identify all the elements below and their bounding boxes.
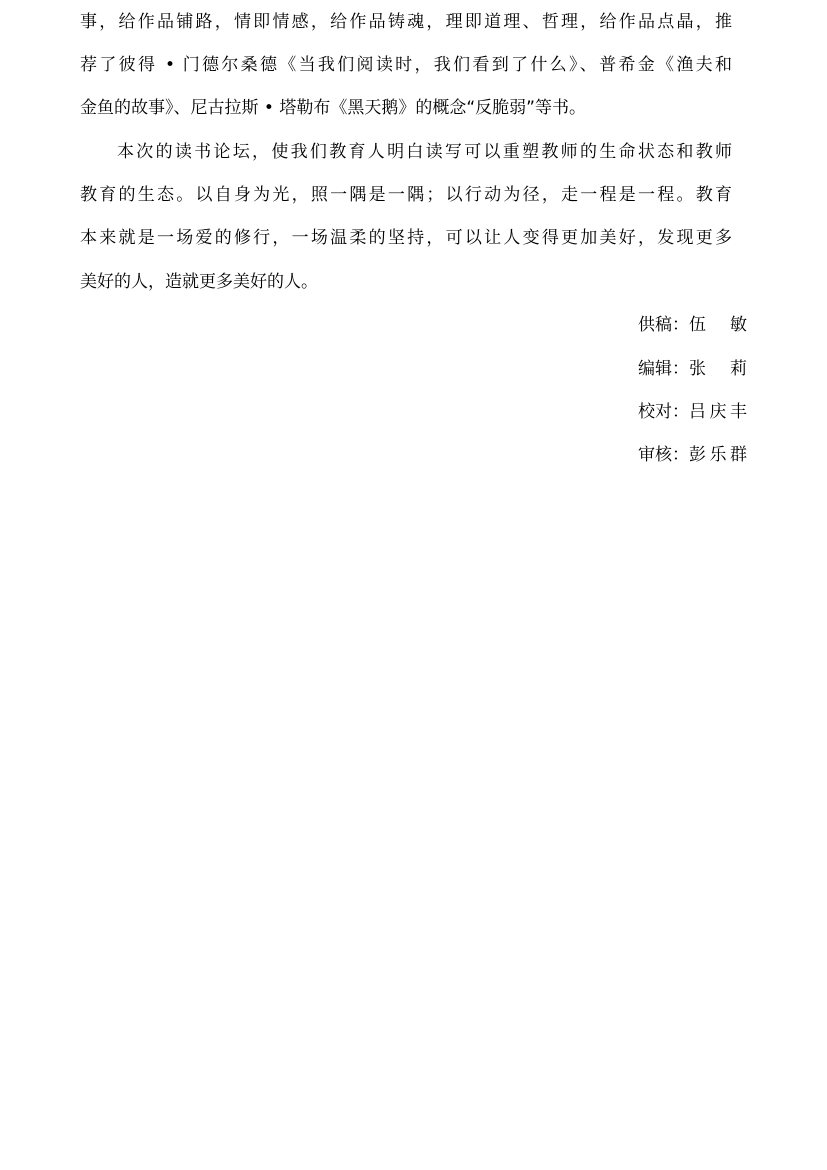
text-line: 荐了彼得 • 门德尔桑德《当我们阅读时，我们看到了什么》、普希金《渔夫和 — [80, 54, 732, 76]
credit-label: 编辑： — [638, 359, 689, 379]
credit-reviewer: 审核：彭乐群 — [627, 444, 747, 466]
credit-value: 张莉 — [689, 358, 747, 380]
credit-contributor: 供稿：伍敏 — [627, 314, 747, 336]
credit-editor: 编辑：张莉 — [627, 358, 747, 380]
credit-label: 审核： — [638, 445, 689, 465]
credit-proofreader: 校对：吕庆丰 — [627, 401, 747, 423]
text-line: 美好的人，造就更多美好的人。 — [80, 271, 732, 293]
document-page: 事，给作品铺路，情即情感，给作品铸魂，理即道理、哲理，给作品点晶，推 荐了彼得 … — [0, 0, 827, 1170]
text-line: 金鱼的故事》、尼古拉斯 • 塔勒布《黑天鹅》的概念“反脆弱”等书。 — [80, 97, 732, 119]
text-line: 事，给作品铺路，情即情感，给作品铸魂，理即道理、哲理，给作品点晶，推 — [80, 11, 732, 33]
credit-label: 校对： — [638, 402, 689, 422]
text-line: 本来就是一场爱的修行，一场温柔的坚持，可以让人变得更加美好，发现更多 — [80, 227, 732, 249]
credit-value: 吕庆丰 — [689, 401, 747, 423]
text-line: 教育的生态。以自身为光，照一隅是一隅；以行动为径，走一程是一程。教育 — [80, 184, 732, 206]
credit-label: 供稿： — [638, 315, 689, 335]
credit-value: 伍敏 — [689, 314, 747, 336]
credit-value: 彭乐群 — [689, 444, 747, 466]
text-line: 本次的读书论坛，使我们教育人明白读写可以重塑教师的生命状态和教师 — [80, 141, 732, 163]
